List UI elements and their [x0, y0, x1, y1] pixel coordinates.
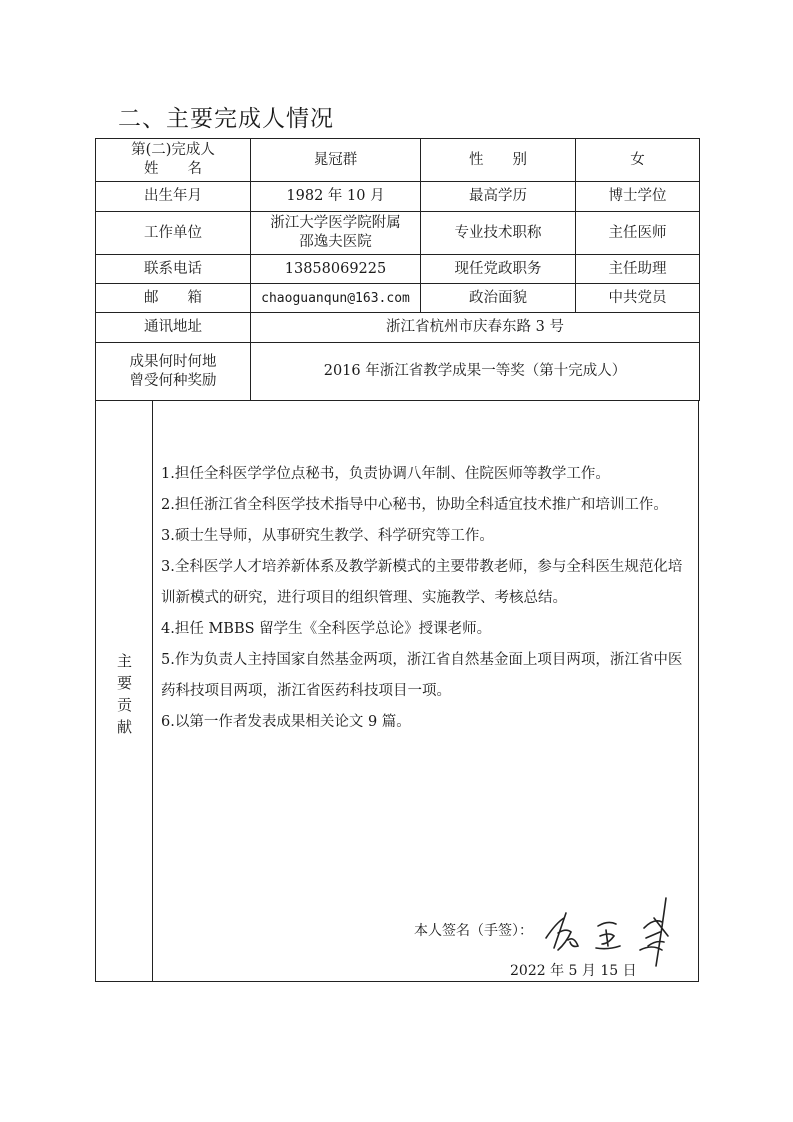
table-row: 联系电话 13858069225 现任党政职务 主任助理 — [96, 255, 700, 284]
label-char: 主 — [96, 650, 153, 672]
table-row: 工作单位 浙江大学医学院附属 邵逸夫医院 专业技术职称 主任医师 — [96, 212, 700, 255]
table-row: 邮 箱 chaoguanqun@163.com 政治面貌 中共党员 — [96, 284, 700, 313]
phone-label: 联系电话 — [96, 255, 251, 284]
position-label: 现任党政职务 — [421, 255, 576, 284]
personal-info-table: 第(二)完成人 姓 名 晁冠群 性 别 女 出生年月 1982 年 10 月 最… — [95, 138, 700, 401]
table-row: 第(二)完成人 姓 名 晁冠群 性 别 女 — [96, 139, 700, 182]
list-item: 5.作为负责人主持国家自然基金两项，浙江省自然基金面上项目两项，浙江省中医药科技… — [161, 645, 691, 707]
awards-label: 成果何时何地 曾受何种奖励 — [96, 343, 251, 401]
position-value: 主任助理 — [576, 255, 700, 284]
name-label-line2: 姓 名 — [100, 160, 246, 179]
political-label: 政治面貌 — [421, 284, 576, 313]
birth-label: 出生年月 — [96, 182, 251, 212]
education-label: 最高学历 — [421, 182, 576, 212]
table-row: 成果何时何地 曾受何种奖励 2016 年浙江省教学成果一等奖（第十完成人） — [96, 343, 700, 401]
label-char: 献 — [96, 716, 153, 738]
gender-label: 性 别 — [421, 139, 576, 182]
list-item: 3.硕士生导师，从事研究生教学、科学研究等工作。 — [161, 521, 691, 552]
table-row: 出生年月 1982 年 10 月 最高学历 博士学位 — [96, 182, 700, 212]
email-value: chaoguanqun@163.com — [251, 284, 421, 313]
list-item: 4.担任 MBBS 留学生《全科医学总论》授课老师。 — [161, 614, 691, 645]
title-value: 主任医师 — [576, 212, 700, 255]
title-label: 专业技术职称 — [421, 212, 576, 255]
address-value: 浙江省杭州市庆春东路 3 号 — [251, 313, 700, 343]
name-label: 第(二)完成人 姓 名 — [96, 139, 251, 182]
political-value: 中共党员 — [576, 284, 700, 313]
workplace-line2: 邵逸夫医院 — [255, 233, 416, 252]
signature-date: 2022 年 5 月 15 日 — [510, 960, 637, 980]
table-row: 通讯地址 浙江省杭州市庆春东路 3 号 — [96, 313, 700, 343]
awards-label-line1: 成果何时何地 — [100, 353, 246, 372]
phone-value: 13858069225 — [251, 255, 421, 284]
awards-label-line2: 曾受何种奖励 — [100, 372, 246, 391]
list-item: 6.以第一作者发表成果相关论文 9 篇。 — [161, 707, 691, 738]
list-item: 1.担任全科医学学位点秘书，负责协调八年制、住院医师等教学工作。 — [161, 459, 691, 490]
name-value: 晁冠群 — [251, 139, 421, 182]
contribution-label: 主 要 贡 献 — [96, 650, 153, 738]
contribution-list: 1.担任全科医学学位点秘书，负责协调八年制、住院医师等教学工作。 2.担任浙江省… — [161, 459, 691, 738]
education-value: 博士学位 — [576, 182, 700, 212]
list-item: 3.全科医学人才培养新体系及教学新模式的主要带教老师，参与全科医生规范化培训新模… — [161, 552, 691, 614]
label-char: 贡 — [96, 694, 153, 716]
workplace-label: 工作单位 — [96, 212, 251, 255]
name-label-line1: 第(二)完成人 — [100, 141, 246, 160]
contribution-label-cell: 主 要 贡 献 — [96, 400, 153, 981]
birth-value: 1982 年 10 月 — [251, 182, 421, 212]
signature-label: 本人签名（手签）： — [414, 920, 533, 940]
email-label: 邮 箱 — [96, 284, 251, 313]
section-title: 二、主要完成人情况 — [118, 100, 334, 133]
awards-value: 2016 年浙江省教学成果一等奖（第十完成人） — [251, 343, 700, 401]
list-item: 2.担任浙江省全科医学技术指导中心秘书，协助全科适宜技术推广和培训工作。 — [161, 490, 691, 521]
gender-value: 女 — [576, 139, 700, 182]
address-label: 通讯地址 — [96, 313, 251, 343]
workplace-line1: 浙江大学医学院附属 — [255, 214, 416, 233]
workplace-value: 浙江大学医学院附属 邵逸夫医院 — [251, 212, 421, 255]
label-char: 要 — [96, 672, 153, 694]
contribution-section: 主 要 贡 献 1.担任全科医学学位点秘书，负责协调八年制、住院医师等教学工作。… — [95, 400, 699, 982]
